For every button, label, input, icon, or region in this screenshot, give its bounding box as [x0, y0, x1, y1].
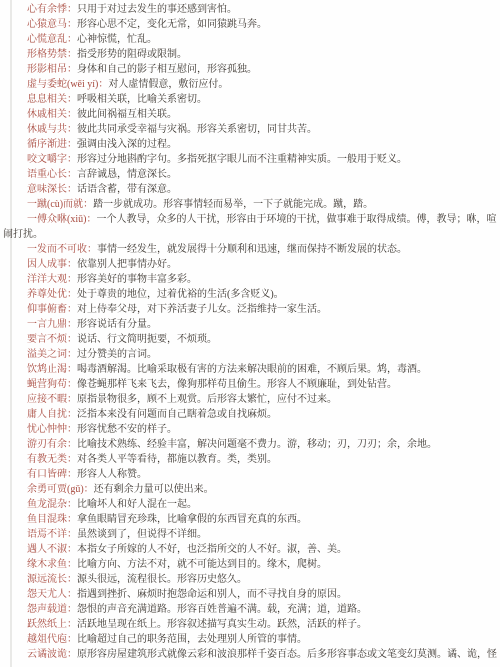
idiom-term: 仰事俯畜	[27, 304, 67, 315]
idiom-definition: 指受形势的阻碍或限制。	[77, 49, 187, 60]
idiom-definition: 形容忧愁不安的样子。	[77, 424, 177, 435]
term-separator: ：	[67, 64, 77, 75]
idiom-definition: 本指女子所嫁的人不好，也泛指所交的人不好。淑，善、美。	[77, 544, 347, 555]
idiom-entry: 因人成事：依靠别人把事情办好。	[3, 257, 497, 272]
idiom-term: 语重心长	[27, 169, 67, 180]
idiom-term: 一傅众咻(xiū)	[27, 214, 86, 225]
idiom-definition: 比喻方向、方法不对，就不可能达到目的。缘木，爬树。	[77, 559, 327, 570]
idiom-term: 咬文嚼字	[27, 154, 67, 165]
idiom-term: 因人成事	[27, 259, 67, 270]
idiom-definition: 对上侍奉父母，对下养活妻子儿女。泛指维持一家生活。	[77, 304, 327, 315]
idiom-entry: 饮鸩止渴：喝毒酒解渴。比喻采取极有害的方法来解决眼前的困难，不顾后果。鸩，毒酒。	[3, 362, 497, 377]
term-separator: ：	[67, 4, 77, 15]
idiom-term: 虚与委蛇(wēi yí)	[27, 79, 98, 90]
idiom-entry: 休戚相关：彼此间祸福互相关联。	[3, 107, 497, 122]
idiom-entry: 一傅众咻(xiū)：一个人教导，众多的人干扰，形容由于环境的干扰，做事难于取得成…	[3, 212, 497, 242]
term-separator: ：	[67, 304, 77, 315]
idiom-term: 跃然纸上	[27, 619, 67, 630]
idiom-term: 鱼目混珠	[27, 514, 67, 525]
term-separator: ：	[67, 574, 77, 585]
idiom-term: 越俎代庖	[27, 634, 67, 645]
idiom-term: 一发而不可收	[27, 244, 87, 255]
idiom-term: 鱼龙混杂	[27, 499, 67, 510]
term-separator: ：	[67, 334, 77, 345]
idiom-term: 有教无类	[27, 454, 67, 465]
idiom-definition: 比喻技术熟练、经验丰富，解决问题毫不费力。游，移动；刃，刀刃；余，余地。	[77, 439, 437, 450]
idiom-definition: 指遇到挫折、麻烦时抱怨命运和别人，而不寻找自身的原因。	[77, 589, 347, 600]
idiom-definition: 言辞诚恳，情意深长。	[77, 169, 177, 180]
idiom-definition: 比喻超过自己的职务范围，去处理别人所管的事情。	[77, 634, 307, 645]
idiom-definition: 比喻坏人和好人混在一起。	[77, 499, 197, 510]
term-separator: ：	[67, 184, 77, 195]
idiom-term: 心有余悸	[27, 4, 67, 15]
idiom-definition: 泛指本来没有问题而自己瞎着急或自找麻烦。	[77, 409, 277, 420]
idiom-term: 余勇可贾(gǔ)	[27, 484, 84, 495]
idiom-definition: 彼此共同承受幸福与灾祸。形容关系密切，同甘共苦。	[77, 124, 317, 135]
term-separator: ：	[67, 19, 77, 30]
idiom-term: 要言不烦	[27, 334, 67, 345]
idiom-term: 怨天尤人	[27, 589, 67, 600]
idiom-entry: 源远流长：源头很远，流程很长。形容历史悠久。	[3, 572, 497, 587]
idiom-entry: 有口皆碑：形容人人称赞。	[3, 467, 497, 482]
idiom-term: 意味深长	[27, 184, 67, 195]
idiom-entry: 心慌意乱：心神惊慌，忙乱。	[3, 32, 497, 47]
idiom-definition: 处于尊贵的地位，过着优裕的生活(多含贬义)。	[77, 289, 284, 300]
idiom-definition: 怨恨的声音充满道路。形容百姓普遍不满。载，充满；道，道路。	[77, 604, 367, 615]
idiom-entry: 意味深长：话语含蓄，带有深意。	[3, 182, 497, 197]
idiom-entry: 咬文嚼字：形容过分地斟酌字句。多指死抠字眼儿而不注重精神实质。一般用于贬义。	[3, 152, 497, 167]
idiom-entry: 鱼目混珠：拿鱼眼睛冒充珍珠，比喻拿假的东西冒充真的东西。	[3, 512, 497, 527]
idiom-term: 一言九鼎	[27, 319, 67, 330]
idiom-term: 缘木求鱼	[27, 559, 67, 570]
idiom-term: 游刃有余	[27, 439, 67, 450]
idiom-term: 休戚相关	[27, 109, 67, 120]
term-separator: ：	[67, 379, 77, 390]
term-separator: ：	[67, 349, 77, 360]
idiom-entry: 云谲波诡：原形容房屋建筑形式就像云彩和波浪那样千姿百态。后多形容事态或文笔变幻莫…	[3, 647, 497, 662]
idiom-definition: 依靠别人把事情办好。	[77, 259, 177, 270]
idiom-term: 忧心忡忡	[27, 424, 67, 435]
idiom-entry: 忧心忡忡：形容忧愁不安的样子。	[3, 422, 497, 437]
term-separator: ：	[67, 649, 77, 660]
idiom-list: 心有余悸：只用于对过去发生的事还感到害怕。心猿意马：形容心思不定，变化无常，如同…	[0, 0, 500, 662]
idiom-definition: 踏一步就成功。形容事情轻而易举，一下子就能完成。蹴，踏。	[93, 199, 373, 210]
term-separator: ：	[67, 289, 77, 300]
term-separator: ：	[67, 274, 77, 285]
idiom-term: 溢美之词	[27, 349, 67, 360]
idiom-term: 心慌意乱	[27, 34, 67, 45]
term-separator: ：	[67, 439, 77, 450]
term-separator: ：	[67, 49, 77, 60]
term-separator: ：	[67, 169, 77, 180]
idiom-entry: 一言九鼎：形容说话有分量。	[3, 317, 497, 332]
idiom-entry: 虚与委蛇(wēi yí)：对人虚情假意，敷衍应付。	[3, 77, 497, 92]
idiom-entry: 要言不烦：说话、行文简明扼要，不烦琐。	[3, 332, 497, 347]
idiom-definition: 强调由浅入深的过程。	[77, 139, 177, 150]
idiom-entry: 有教无类：对各类人平等看待，都施以教育。类，类别。	[3, 452, 497, 467]
idiom-definition: 呼吸相关联，比喻关系密切。	[77, 94, 207, 105]
idiom-entry: 溢美之词：过分赞美的言词。	[3, 347, 497, 362]
term-separator: ：	[67, 619, 77, 630]
idiom-definition: 对各类人平等看待，都施以教育。类，类别。	[77, 454, 277, 465]
term-separator: ：	[67, 514, 77, 525]
idiom-entry: 鱼龙混杂：比喻坏人和好人混在一起。	[3, 497, 497, 512]
idiom-definition: 过分赞美的言词。	[77, 349, 157, 360]
idiom-definition: 说话、行文简明扼要，不烦琐。	[77, 334, 217, 345]
idiom-entry: 跃然纸上：活跃地呈现在纸上。形容叙述描写真实生动。跃然，活跃的样子。	[3, 617, 497, 632]
idiom-entry: 心猿意马：形容心思不定，变化无常，如同猿跳马奔。	[3, 17, 497, 32]
term-separator: ：	[67, 634, 77, 645]
idiom-definition: 话语含蓄，带有深意。	[77, 184, 177, 195]
idiom-definition: 拿鱼眼睛冒充珍珠，比喻拿假的东西冒充真的东西。	[77, 514, 307, 525]
idiom-definition: 彼此间祸福互相关联。	[77, 109, 177, 120]
idiom-definition: 还有剩余力量可以使出来。	[94, 484, 214, 495]
idiom-term: 庸人自扰	[27, 409, 67, 420]
idiom-entry: 游刃有余：比喻技术熟练、经验丰富，解决问题毫不费力。游，移动；刃，刀刃；余，余地…	[3, 437, 497, 452]
term-separator: ：	[67, 544, 77, 555]
idiom-term: 有口皆碑	[27, 469, 67, 480]
term-separator: ：	[67, 364, 77, 375]
term-separator: ：	[67, 589, 77, 600]
idiom-term: 养尊处优	[27, 289, 67, 300]
term-separator: ：	[67, 34, 77, 45]
idiom-entry: 怨声载道：怨恨的声音充满道路。形容百姓普遍不满。载，充满；道，道路。	[3, 602, 497, 617]
idiom-definition: 心神惊慌，忙乱。	[77, 34, 157, 45]
term-separator: ：	[67, 124, 77, 135]
idiom-entry: 一蹴(cù)而就：踏一步就成功。形容事情轻而易举，一下子就能完成。蹴，踏。	[3, 197, 497, 212]
idiom-entry: 养尊处优：处于尊贵的地位，过着优裕的生活(多含贬义)。	[3, 287, 497, 302]
idiom-definition: 对人虚情假意，敷衍应付。	[108, 79, 228, 90]
idiom-term: 应接不暇	[27, 394, 67, 405]
idiom-definition: 源头很远，流程很长。形容历史悠久。	[77, 574, 247, 585]
idiom-definition: 虽然谈到了，但说得不详细。	[77, 529, 207, 540]
term-separator: ：	[98, 79, 108, 90]
idiom-entry: 循序渐进：强调由浅入深的过程。	[3, 137, 497, 152]
idiom-term: 饮鸩止渴	[27, 364, 67, 375]
term-separator: ：	[67, 259, 77, 270]
idiom-entry: 形影相吊：身体和自己的影子相互慰问，形容孤独。	[3, 62, 497, 77]
term-separator: ：	[67, 424, 77, 435]
term-separator: ：	[87, 244, 97, 255]
idiom-term: 怨声载道	[27, 604, 67, 615]
term-separator: ：	[67, 109, 77, 120]
idiom-term: 息息相关	[27, 94, 67, 105]
idiom-entry: 形格势禁：指受形势的阻碍或限制。	[3, 47, 497, 62]
idiom-entry: 休戚与共：彼此共同承受幸福与灾祸。形容关系密切，同甘共苦。	[3, 122, 497, 137]
idiom-definition: 身体和自己的影子相互慰问，形容孤独。	[77, 64, 257, 75]
idiom-entry: 缘木求鱼：比喻方向、方法不对，就不可能达到目的。缘木，爬树。	[3, 557, 497, 572]
document-page: 心有余悸：只用于对过去发生的事还感到害怕。心猿意马：形容心思不定，变化无常，如同…	[0, 0, 500, 667]
idiom-definition: 形容心思不定，变化无常，如同猿跳马奔。	[77, 19, 267, 30]
idiom-definition: 原形容房屋建筑形式就像云彩和波浪那样千姿百态。后多形容事态或文笔变幻莫测。谲、诡…	[77, 649, 497, 660]
term-separator: ：	[67, 469, 77, 480]
term-separator: ：	[67, 394, 77, 405]
idiom-definition: 形容过分地斟酌字句。多指死抠字眼儿而不注重精神实质。一般用于贬义。	[77, 154, 407, 165]
idiom-term: 蝇营狗苟	[27, 379, 67, 390]
idiom-definition: 像苍蝇那样飞来飞去，像狗那样苟且偷生。形容人不顾廉耻，到处钻营。	[77, 379, 397, 390]
idiom-entry: 心有余悸：只用于对过去发生的事还感到害怕。	[3, 2, 497, 17]
idiom-entry: 遇人不淑：本指女子所嫁的人不好，也泛指所交的人不好。淑，善、美。	[3, 542, 497, 557]
idiom-definition: 活跃地呈现在纸上。形容叙述描写真实生动。跃然，活跃的样子。	[77, 619, 367, 630]
idiom-entry: 语重心长：言辞诚恳，情意深长。	[3, 167, 497, 182]
idiom-definition: 事情一经发生，就发展得十分顺利和迅速，继而保持不断发展的状态。	[97, 244, 407, 255]
idiom-definition: 喝毒酒解渴。比喻采取极有害的方法来解决眼前的困难，不顾后果。鸩，毒酒。	[77, 364, 427, 375]
idiom-term: 一蹴(cù)而就	[27, 199, 83, 210]
idiom-entry: 应接不暇：原指景物很多，顾不上观赏。后形容太繁忙，应付不过来。	[3, 392, 497, 407]
idiom-entry: 庸人自扰：泛指本来没有问题而自己瞎着急或自找麻烦。	[3, 407, 497, 422]
idiom-term: 心猿意马	[27, 19, 67, 30]
term-separator: ：	[67, 139, 77, 150]
idiom-entry: 越俎代庖：比喻超过自己的职务范围，去处理别人所管的事情。	[3, 632, 497, 647]
idiom-entry: 洋洋大观：形容美好的事物丰富多彩。	[3, 272, 497, 287]
idiom-term: 循序渐进	[27, 139, 67, 150]
idiom-entry: 一发而不可收：事情一经发生，就发展得十分顺利和迅速，继而保持不断发展的状态。	[3, 242, 497, 257]
idiom-definition: 形容人人称赞。	[77, 469, 147, 480]
idiom-term: 形影相吊	[27, 64, 67, 75]
term-separator: ：	[86, 214, 96, 225]
term-separator: ：	[67, 409, 77, 420]
term-separator: ：	[67, 154, 77, 165]
idiom-entry: 息息相关：呼吸相关联，比喻关系密切。	[3, 92, 497, 107]
idiom-entry: 仰事俯畜：对上侍奉父母，对下养活妻子儿女。泛指维持一家生活。	[3, 302, 497, 317]
idiom-entry: 余勇可贾(gǔ)：还有剩余力量可以使出来。	[3, 482, 497, 497]
term-separator: ：	[67, 319, 77, 330]
idiom-definition: 只用于对过去发生的事还感到害怕。	[77, 4, 237, 15]
idiom-definition: 形容美好的事物丰富多彩。	[77, 274, 197, 285]
term-separator: ：	[83, 199, 93, 210]
idiom-entry: 蝇营狗苟：像苍蝇那样飞来飞去，像狗那样苟且偷生。形容人不顾廉耻，到处钻营。	[3, 377, 497, 392]
term-separator: ：	[67, 529, 77, 540]
idiom-definition: 形容说话有分量。	[77, 319, 157, 330]
term-separator: ：	[84, 484, 94, 495]
term-separator: ：	[67, 94, 77, 105]
idiom-term: 语焉不详	[27, 529, 67, 540]
idiom-term: 形格势禁	[27, 49, 67, 60]
idiom-term: 洋洋大观	[27, 274, 67, 285]
idiom-term: 源远流长	[27, 574, 67, 585]
idiom-term: 遇人不淑	[27, 544, 67, 555]
term-separator: ：	[67, 604, 77, 615]
term-separator: ：	[67, 499, 77, 510]
idiom-entry: 怨天尤人：指遇到挫折、麻烦时抱怨命运和别人，而不寻找自身的原因。	[3, 587, 497, 602]
term-separator: ：	[67, 559, 77, 570]
idiom-entry: 语焉不详：虽然谈到了，但说得不详细。	[3, 527, 497, 542]
idiom-term: 云谲波诡	[27, 649, 67, 660]
term-separator: ：	[67, 454, 77, 465]
idiom-definition: 原指景物很多，顾不上观赏。后形容太繁忙，应付不过来。	[77, 394, 337, 405]
idiom-term: 休戚与共	[27, 124, 67, 135]
